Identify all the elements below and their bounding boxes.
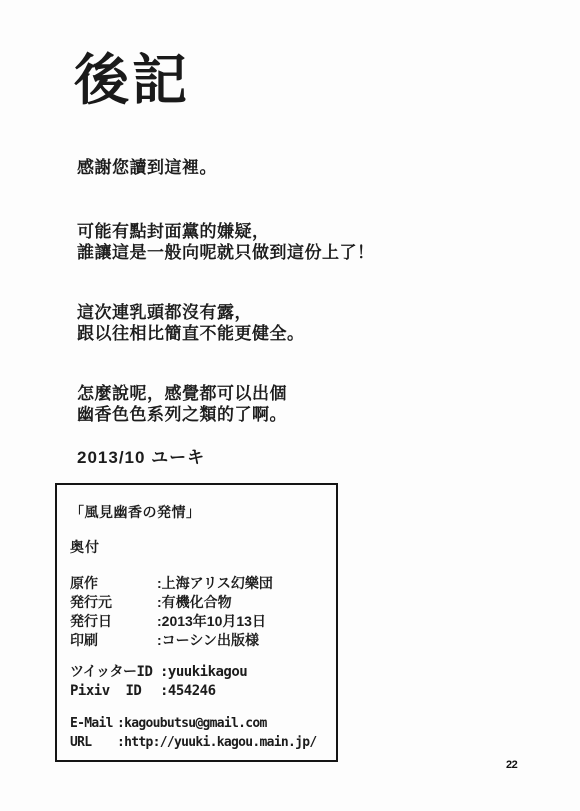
colophon-row-original: 原作 :上海アリス幻樂団 <box>70 574 330 593</box>
row-value: :コーシン出版様 <box>157 631 259 650</box>
contact-info: E-Mail :kagoubutsu@gmail.com URL :http:/… <box>70 714 330 752</box>
row-value: :2013年10月13日 <box>157 612 266 631</box>
row-value: :有機化合物 <box>157 593 232 612</box>
text-line: 幽香色色系列之類的了啊。 <box>77 404 287 425</box>
row-value: :kagoubutsu@gmail.com <box>117 714 267 733</box>
colophon-row-pixiv-id: Pixiv ID :454246 <box>70 682 330 701</box>
text-line: 這次連乳頭都沒有露， <box>77 302 305 323</box>
row-label: 発行元 <box>70 593 157 612</box>
colophon-content: 「風見幽香の発情」 奥付 原作 :上海アリス幻樂団 発行元 :有機化合物 発行日… <box>70 485 330 752</box>
row-label: 発行日 <box>70 612 157 631</box>
scanned-afterword-page: 後記 感謝您讀到這裡。 可能有點封面黨的嫌疑， 誰讓這是一般向呢就只做到這份上了… <box>0 0 580 811</box>
colophon-row-email: E-Mail :kagoubutsu@gmail.com <box>70 714 330 733</box>
page-title: 後記 <box>74 50 190 111</box>
signature-date: 2013/10 ユーキ <box>77 443 205 468</box>
colophon-heading: 奥付 <box>70 537 330 557</box>
page-number: 22 <box>506 759 517 771</box>
row-value: :454246 <box>160 682 216 701</box>
afterword-paragraph-4: 怎麼說呢，感覺都可以出個 幽香色色系列之類的了啊。 <box>77 383 287 425</box>
row-label: 印刷 <box>70 631 157 650</box>
colophon-row-twitter-id: ツイッターID :yuukikagou <box>70 663 330 682</box>
author-ids: ツイッターID :yuukikagou Pixiv ID :454246 <box>70 663 330 701</box>
text-line: 跟以往相比簡直不能更健全。 <box>77 323 305 344</box>
row-label: ツイッターID <box>70 663 160 682</box>
afterword-paragraph-1: 感謝您讀到這裡。 <box>77 157 217 178</box>
text-line: 感謝您讀到這裡。 <box>77 157 217 178</box>
colophon-row-publish-date: 発行日 :2013年10月13日 <box>70 612 330 631</box>
afterword-paragraph-2: 可能有點封面黨的嫌疑， 誰讓這是一般向呢就只做到這份上了！ <box>77 221 375 263</box>
colophon-row-url: URL :http://yuuki.kagou.main.jp/ <box>70 733 330 752</box>
colophon-row-publisher: 発行元 :有機化合物 <box>70 593 330 612</box>
row-label: Pixiv ID <box>70 682 160 701</box>
colophon-row-printer: 印刷 :コーシン出版様 <box>70 631 330 650</box>
row-label: E-Mail <box>70 714 117 733</box>
afterword-paragraph-3: 這次連乳頭都沒有露， 跟以往相比簡直不能更健全。 <box>77 302 305 344</box>
row-label: URL <box>70 733 117 752</box>
colophon-box: 「風見幽香の発情」 奥付 原作 :上海アリス幻樂団 発行元 :有機化合物 発行日… <box>55 483 338 762</box>
row-value: :http://yuuki.kagou.main.jp/ <box>117 733 317 752</box>
publication-info: 原作 :上海アリス幻樂団 発行元 :有機化合物 発行日 :2013年10月13日… <box>70 574 330 650</box>
row-value: :上海アリス幻樂団 <box>157 574 273 593</box>
text-line: 誰讓這是一般向呢就只做到這份上了！ <box>77 242 375 263</box>
row-value: :yuukikagou <box>160 663 247 682</box>
book-title: 「風見幽香の発情」 <box>70 502 330 522</box>
text-line: 可能有點封面黨的嫌疑， <box>77 221 375 242</box>
row-label: 原作 <box>70 574 157 593</box>
text-line: 怎麼說呢，感覺都可以出個 <box>77 383 287 404</box>
